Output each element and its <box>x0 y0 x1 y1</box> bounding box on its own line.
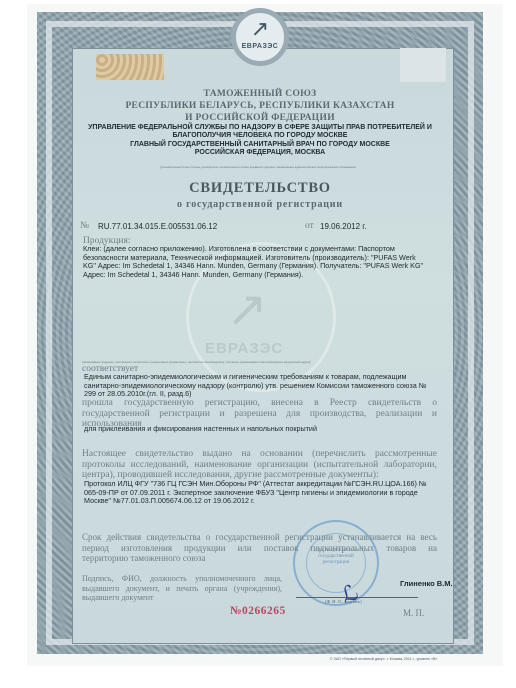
serial-number: №0266265 <box>230 605 286 617</box>
security-panel <box>400 48 446 82</box>
signature-caption: Подпись, ФИО, должность уполномоченного … <box>82 574 282 603</box>
basis-text: Настоящее свидетельство выдано на основа… <box>82 449 437 481</box>
authority-caption: (уполномоченный орган Стороны, руководит… <box>112 166 404 169</box>
certificate-number: RU.77.01.34.015.E.005531.06.12 <box>98 222 217 231</box>
basis-documents: Протокол ИЛЦ ФГУ "736 ГЦ ГСЭН Мин.Оборон… <box>84 480 429 506</box>
watermark-label: ЕВРАЗЭС <box>205 340 283 357</box>
registration-text: прошла государственную регистрацию, внес… <box>82 398 437 419</box>
signature-line-caption: (Ф. И. О., подпись) <box>325 599 362 604</box>
validity-text: Срок действия свидетельства о государств… <box>82 532 437 553</box>
seal-mark: М. П. <box>403 608 424 618</box>
date-label: от <box>305 221 314 231</box>
authority-line-4: РОССИЙСКАЯ ФЕДЕРАЦИЯ, МОСКВА <box>80 149 440 158</box>
certificate-date: 19.06.2012 г. <box>320 222 366 231</box>
hologram-sticker <box>96 54 164 80</box>
eurasec-emblem: ↗ ЕВРАЗЭС <box>231 8 289 66</box>
document-title: СВИДЕТЕЛЬСТВО <box>80 180 440 197</box>
usage-text: для приклеивания и фиксирования настенны… <box>84 425 429 434</box>
conformity-text: Единым санитарно-эпидемиологическим и ги… <box>84 373 429 399</box>
document-subtitle: о государственной регистрации <box>80 199 440 210</box>
header-federation: И РОССИЙСКОЙ ФЕДЕРАЦИИ <box>80 113 440 124</box>
validity-last-line: территорию таможенного союза <box>82 553 206 563</box>
signatory-name: Глиненко В.М. <box>400 579 453 588</box>
header-republics: РЕСПУБЛИКИ БЕЛАРУСЬ, РЕСПУБЛИКИ КАЗАХСТА… <box>80 101 440 112</box>
header-union: ТАМОЖЕННЫЙ СОЮЗ <box>80 89 440 100</box>
eurasec-emblem-icon: ↗ <box>236 15 284 43</box>
emblem-label: ЕВРАЗЭС <box>236 43 284 50</box>
watermark-bird-icon: ↗ <box>226 280 268 338</box>
number-label: № <box>80 221 89 231</box>
printer-caption: © ЗАО «Первый печатный двор», г. Москва,… <box>330 657 437 661</box>
product-description: Клеи: (далее согласно приложению). Изгот… <box>83 245 429 280</box>
authority-line-2: БЛАГОПОЛУЧИЯ ЧЕЛОВЕКА ПО ГОРОДУ МОСКВЕ <box>80 132 440 141</box>
